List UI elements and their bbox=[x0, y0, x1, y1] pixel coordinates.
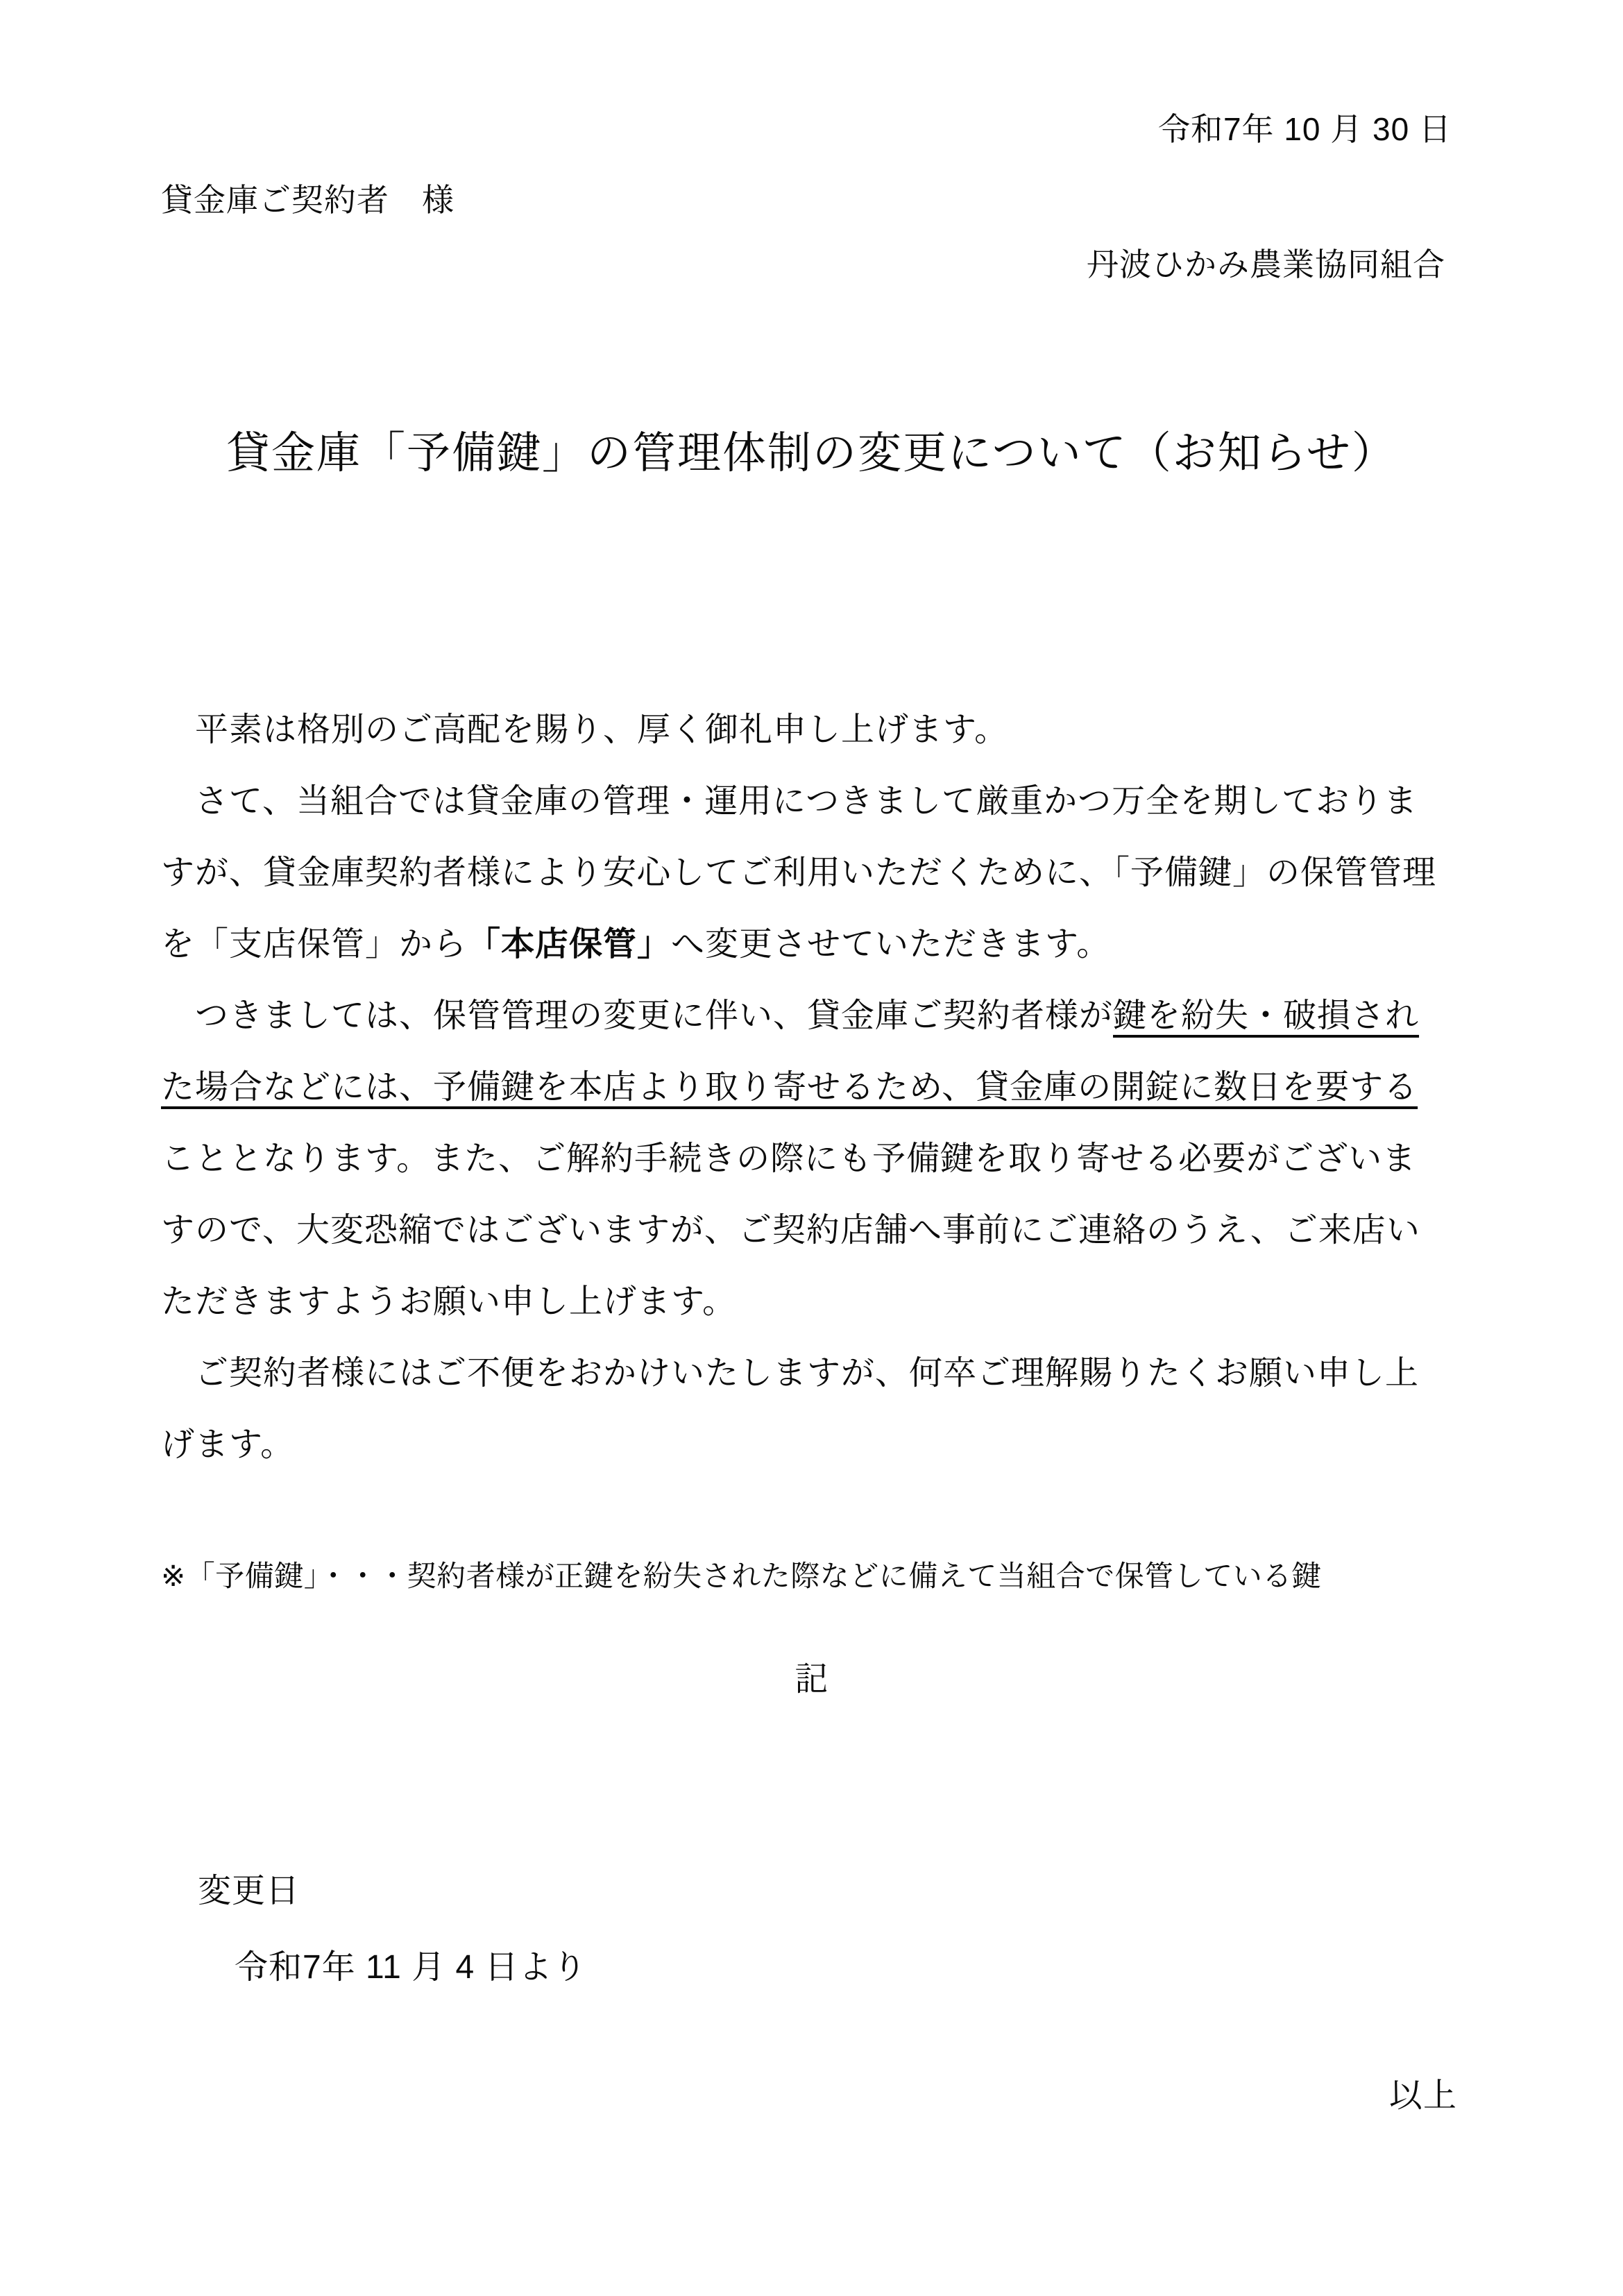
body-lines: 平素は格別のご高配を賜り、厚く御礼申し上げます。 さて、当組合では貸金庫の管理・… bbox=[161, 694, 1493, 1480]
body-text-segment: へ変更させていただきます。 bbox=[671, 926, 1110, 963]
body-text-segment: ご契約者様にはご不便をおかけいたしますが、何卒ご理解賜りたくお願い申し上 bbox=[161, 1355, 1419, 1392]
change-date-value: 令和7年 11 月 4 日より bbox=[235, 1940, 587, 1988]
addressee: 貸金庫ご契約者 様 bbox=[161, 175, 454, 221]
change-date-label: 変更日 bbox=[198, 1864, 300, 1911]
body-text-segment: すが、貸金庫契約者様により安心してご利用いただくために、「予備鍵」の保管管理 bbox=[161, 854, 1436, 891]
body-line: さて、当組合では貸金庫の管理・運用につきまして厳重かつ万全を期しておりま bbox=[161, 766, 1493, 837]
body-line: すが、貸金庫契約者様により安心してご利用いただくために、「予備鍵」の保管管理 bbox=[161, 837, 1493, 909]
body-text-segment: げます。 bbox=[161, 1426, 294, 1463]
body-text-segment: た場合などには、予備鍵を本店より取り寄せるため、貸金庫の開錠に数日を要する bbox=[161, 1069, 1418, 1106]
body-text-segment: を「支店保管」から bbox=[161, 926, 467, 963]
body-text-segment: さて、当組合では貸金庫の管理・運用につきまして厳重かつ万全を期しておりま bbox=[161, 783, 1418, 820]
body-line: こととなります。また、ご解約手続きの際にも予備鍵を取り寄せる必要がございま bbox=[161, 1123, 1493, 1195]
body-text-segment: 平素は格別のご高配を賜り、厚く御礼申し上げます。 bbox=[161, 711, 1008, 748]
document-title: 貸金庫「予備鍵」の管理体制の変更について（お知らせ） bbox=[0, 418, 1623, 481]
notice-document-page: 令和7年 10 月 30 日 貸金庫ご契約者 様 丹波ひかみ農業協同組合 貸金庫… bbox=[0, 0, 1623, 2296]
body-line: ご契約者様にはご不便をおかけいたしますが、何卒ご理解賜りたくお願い申し上 bbox=[161, 1337, 1493, 1409]
footnote: ※「予備鍵」・・・契約者様が正鍵を紛失された際などに備えて当組合で保管している鍵 bbox=[161, 1553, 1321, 1595]
body-line: を「支店保管」から「本店保管」へ変更させていただきます。 bbox=[161, 909, 1493, 980]
body-line: すので、大変恐縮ではございますが、ご契約店舗へ事前にご連絡のうえ、ご来店い bbox=[161, 1195, 1493, 1266]
closing-marker: 以上 bbox=[1389, 2068, 1457, 2116]
ki-marker: 記 bbox=[0, 1652, 1623, 1700]
body-line: た場合などには、予備鍵を本店より取り寄せるため、貸金庫の開錠に数日を要する bbox=[161, 1052, 1493, 1123]
body-text-segment: 鍵を紛失・破損され bbox=[1113, 997, 1419, 1034]
body-line: 平素は格別のご高配を賜り、厚く御礼申し上げます。 bbox=[161, 694, 1493, 766]
body-text-segment: こととなります。また、ご解約手続きの際にも予備鍵を取り寄せる必要がございま bbox=[161, 1140, 1416, 1177]
body-line: ただきますようお願い申し上げます。 bbox=[161, 1266, 1493, 1337]
body-text-segment: ただきますようお願い申し上げます。 bbox=[161, 1283, 736, 1320]
document-date: 令和7年 10 月 30 日 bbox=[1158, 104, 1452, 150]
body-text-segment: つきましては、保管管理の変更に伴い、貸金庫ご契約者様が bbox=[161, 997, 1113, 1034]
organization-name: 丹波ひかみ農業協同組合 bbox=[1087, 239, 1445, 285]
body-line: げます。 bbox=[161, 1409, 1493, 1480]
body-line: つきましては、保管管理の変更に伴い、貸金庫ご契約者様が鍵を紛失・破損され bbox=[161, 980, 1493, 1052]
body-text-segment: 「本店保管」 bbox=[467, 926, 671, 963]
body-text-segment: すので、大変恐縮ではございますが、ご契約店舗へ事前にご連絡のうえ、ご来店い bbox=[161, 1212, 1420, 1249]
